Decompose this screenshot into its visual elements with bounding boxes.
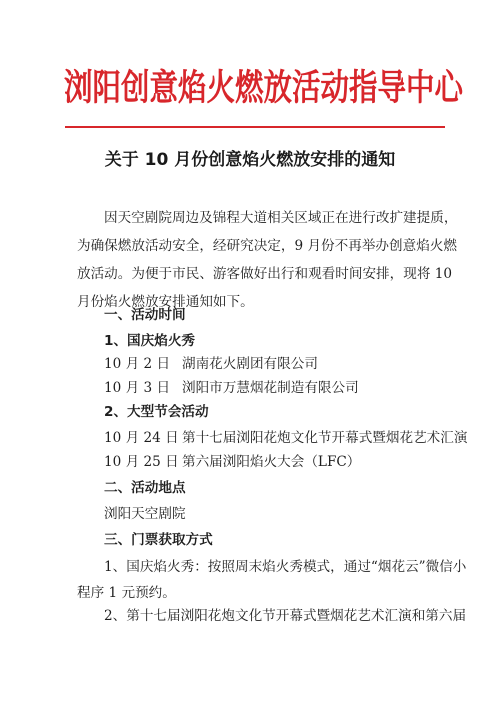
section1-heading: 一、活动时间 — [104, 305, 186, 325]
section3-item1-line-1: 1、国庆焰火秀：按照周末焰火秀模式，通过“烟花云”微信小 — [104, 557, 466, 577]
intro-line-3: 放活动。为便于市民、游客做好出行和观看时间安排，现将 10 — [77, 264, 452, 284]
notice-title: 关于 10 月份创意焰火燃放安排的通知 — [0, 148, 500, 172]
section2-heading: 二、活动地点 — [104, 478, 186, 498]
schedule-date: 10 月 24 日 — [104, 428, 182, 448]
section3-heading: 三、门票获取方式 — [104, 530, 213, 550]
letterhead-organization: 浏阳创意焰火燃放活动指导中心 — [64, 58, 448, 118]
section2-location: 浏阳天空剧院 — [104, 504, 186, 524]
intro-line-2: 为确保燃放活动安全，经研究决定，9 月份不再举办创意焰火燃 — [77, 236, 457, 256]
section3-item1-line-2: 程序 1 元预约。 — [77, 583, 176, 603]
schedule-row: 10 月 3 日浏阳市万慧烟花制造有限公司 — [104, 378, 359, 398]
schedule-performer: 浏阳市万慧烟花制造有限公司 — [182, 380, 359, 396]
schedule-performer: 湖南花火剧团有限公司 — [182, 356, 318, 372]
schedule-row: 10 月 24 日第十七届浏阳花炮文化节开幕式暨烟花艺术汇演 — [104, 428, 467, 448]
schedule-row: 10 月 25 日第六届浏阳焰火大会（LFC） — [104, 452, 360, 472]
schedule-row: 10 月 2 日湖南花火剧团有限公司 — [104, 354, 318, 374]
letterhead-red-rule — [65, 126, 445, 128]
section3-item2-line-1: 2、第十七届浏阳花炮文化节开幕式暨烟花艺术汇演和第六届 — [104, 606, 466, 626]
schedule-date: 10 月 3 日 — [104, 378, 182, 398]
document-page: 浏阳创意焰火燃放活动指导中心 关于 10 月份创意焰火燃放安排的通知 因天空剧院… — [0, 0, 500, 704]
section1-sub1-heading: 1、国庆焰火秀 — [104, 331, 195, 351]
schedule-event: 第十七届浏阳花炮文化节开幕式暨烟花艺术汇演 — [182, 430, 467, 446]
schedule-date: 10 月 2 日 — [104, 354, 182, 374]
section1-sub2-heading: 2、大型节会活动 — [104, 402, 209, 422]
schedule-date: 10 月 25 日 — [104, 452, 182, 472]
intro-line-1: 因天空剧院周边及锦程大道相关区域正在进行改扩建提质， — [104, 208, 457, 228]
schedule-event: 第六届浏阳焰火大会（LFC） — [182, 454, 360, 470]
